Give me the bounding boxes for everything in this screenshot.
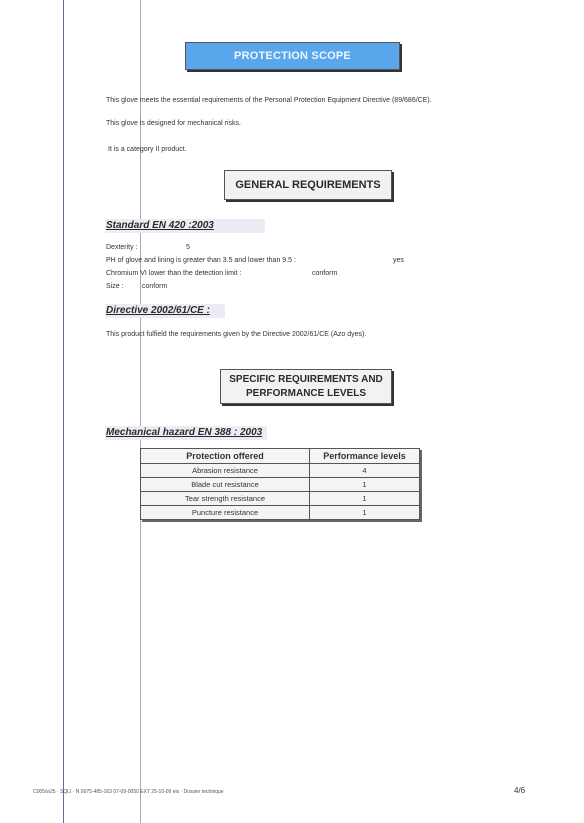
size-label: Size :: [106, 283, 124, 290]
header-protection-offered: Protection offered: [141, 449, 310, 464]
specific-requirements-heading: SPECIFIC REQUIREMENTS AND PERFORMANCE LE…: [220, 369, 392, 404]
ph-value: yes: [393, 257, 404, 264]
intro-line-2: This glove is designed for mechanical ri…: [106, 120, 241, 127]
table-row: Puncture resistance 1: [141, 506, 420, 520]
level-cell: 1: [310, 506, 420, 520]
banner-title: PROTECTION SCOPE: [234, 50, 351, 62]
margin-line-left: [63, 0, 64, 823]
footer-reference: C005/w25 · SQLI · N 0075-485-163 07-09-0…: [33, 789, 224, 795]
dexterity-value: 5: [186, 244, 190, 251]
directive-heading: Directive 2002/61/CE :: [106, 305, 214, 316]
level-cell: 4: [310, 464, 420, 478]
protection-cell: Puncture resistance: [141, 506, 310, 520]
page-number: 4/6: [514, 786, 525, 795]
specific-title-line-2: PERFORMANCE LEVELS: [229, 387, 383, 401]
general-requirements-heading: GENERAL REQUIREMENTS: [224, 170, 392, 200]
specific-title-line-1: SPECIFIC REQUIREMENTS AND: [229, 373, 383, 387]
directive-text: This product fulfield the requirements g…: [106, 331, 366, 338]
level-cell: 1: [310, 492, 420, 506]
protection-cell: Abrasion resistance: [141, 464, 310, 478]
size-value: conform: [142, 283, 167, 290]
general-requirements-title: GENERAL REQUIREMENTS: [235, 178, 380, 192]
ph-label: PH of glove and lining is greater than 3…: [106, 257, 296, 264]
standard-heading: Standard EN 420 :2003: [106, 220, 218, 231]
table-row: Blade cut resistance 1: [141, 478, 420, 492]
chromium-label: Chromium VI lower than the detection lim…: [106, 270, 241, 277]
protection-cell: Blade cut resistance: [141, 478, 310, 492]
performance-table: Protection offered Performance levels Ab…: [140, 448, 420, 520]
table-row: Abrasion resistance 4: [141, 464, 420, 478]
intro-line-1: This glove meets the essential requireme…: [106, 97, 432, 104]
header-performance-levels: Performance levels: [310, 449, 420, 464]
level-cell: 1: [310, 478, 420, 492]
table-row: Tear strength resistance 1: [141, 492, 420, 506]
intro-line-3: It is a category II product.: [108, 146, 187, 153]
mechanical-heading: Mechanical hazard EN 388 : 2003: [106, 427, 266, 438]
dexterity-label: Dexterity :: [106, 244, 138, 251]
table-header-row: Protection offered Performance levels: [141, 449, 420, 464]
protection-cell: Tear strength resistance: [141, 492, 310, 506]
protection-scope-banner: PROTECTION SCOPE: [185, 42, 400, 70]
chromium-value: conform: [312, 270, 337, 277]
